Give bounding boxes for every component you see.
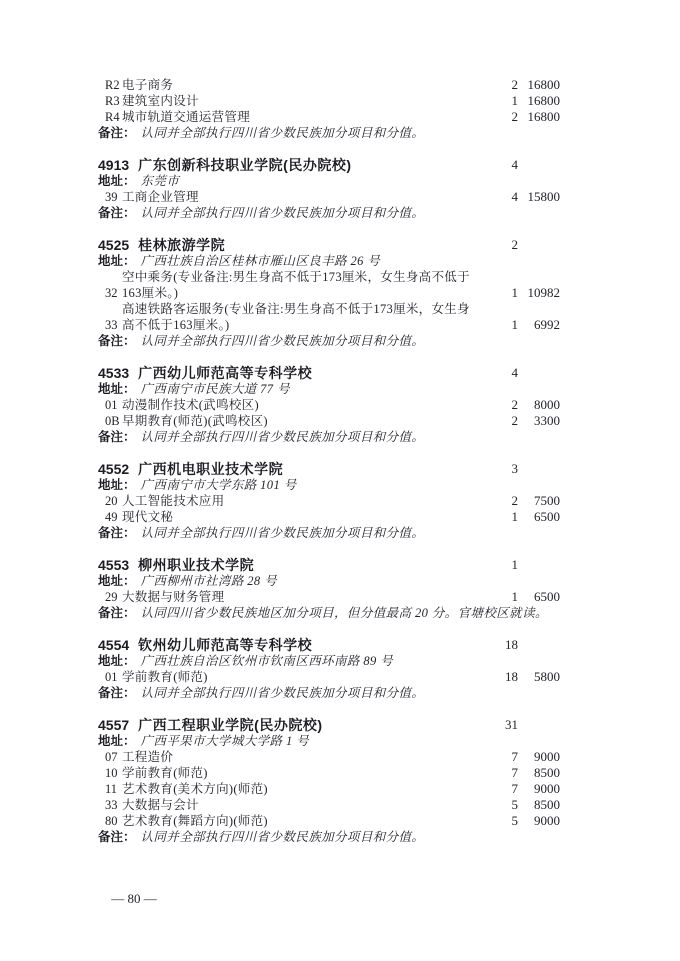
major-code: 01 [98, 397, 122, 413]
major-tuition-fee: 9000 [518, 813, 560, 829]
major-code: 20 [98, 493, 122, 509]
major-row: 39工商企业管理415800 [98, 189, 560, 205]
college-section: 4525桂林旅游学院2地址：广西壮族自治区桂林市雁山区良丰路 26 号32空中乘… [98, 237, 560, 349]
college-plan-total: 1 [478, 557, 518, 573]
note-line: 备注：认同并全部执行四川省少数民族加分项目和分值。 [98, 829, 560, 845]
major-code: R3 [98, 93, 122, 109]
college-name: 广东创新科技职业学院(民办院校) [138, 157, 478, 173]
major-plan-count: 18 [478, 669, 518, 685]
college-header: 4557广西工程职业学院(民办院校)31 [98, 717, 560, 733]
college-code: 4554 [98, 637, 129, 653]
major-name: 建筑室内设计 [122, 93, 478, 109]
college-section: 4553柳州职业技术学院1地址：广西柳州市社湾路 28 号29大数据与财务管理1… [98, 557, 560, 621]
note-value: 认同并全部执行四川省少数民族加分项目和分值。 [136, 429, 425, 445]
college-section: 4554钦州幼儿师范高等专科学校18地址：广西壮族自治区钦州市钦南区西环南路 8… [98, 637, 560, 701]
major-tuition-fee: 16800 [518, 93, 560, 109]
major-code: 33 [98, 797, 122, 813]
major-name: 早期教育(师范)(武鸣校区) [122, 413, 478, 429]
major-name: 高速铁路客运服务(专业备注:男生身高不低于173厘米，女生身高不低于163厘米。… [122, 301, 478, 333]
major-tuition-fee: 8500 [518, 797, 560, 813]
major-plan-count: 1 [478, 285, 518, 301]
major-code: R2 [98, 77, 122, 93]
major-row: R4城市轨道交通运营管理216800 [98, 109, 560, 125]
major-row: 33高速铁路客运服务(专业备注:男生身高不低于173厘米，女生身高不低于163厘… [98, 301, 560, 333]
major-tuition-fee: 8000 [518, 397, 560, 413]
address-value: 东莞市 [136, 173, 180, 189]
college-name: 柳州职业技术学院 [138, 557, 478, 573]
address-line: 地址：广西平果市大学城大学路 1 号 [98, 733, 560, 749]
address-label: 地址： [98, 573, 136, 589]
major-tuition-fee: 5800 [518, 669, 560, 685]
college-code: 4557 [98, 717, 129, 733]
major-tuition-fee: 16800 [518, 77, 560, 93]
major-name: 艺术教育(美术方向)(师范) [122, 781, 478, 797]
major-tuition-fee: 16800 [518, 109, 560, 125]
major-tuition-fee: 9000 [518, 749, 560, 765]
major-code: 80 [98, 813, 122, 829]
college-section: 4557广西工程职业学院(民办院校)31地址：广西平果市大学城大学路 1 号07… [98, 717, 560, 845]
note-value: 认同并全部执行四川省少数民族加分项目和分值。 [136, 333, 425, 349]
major-plan-count: 7 [478, 765, 518, 781]
major-name: 学前教育(师范) [122, 765, 478, 781]
major-tuition-fee: 15800 [518, 189, 560, 205]
note-label: 备注： [98, 125, 136, 141]
college-code: 4913 [98, 157, 129, 173]
note-label: 备注： [98, 205, 136, 221]
major-name: 大数据与会计 [122, 797, 478, 813]
college-plan-total: 4 [478, 157, 518, 173]
note-label: 备注： [98, 605, 136, 621]
major-plan-count: 7 [478, 781, 518, 797]
address-value: 广西壮族自治区钦州市钦南区西环南路 89 号 [136, 653, 394, 669]
major-tuition-fee: 7500 [518, 493, 560, 509]
college-plan-total: 3 [478, 461, 518, 477]
major-row: 0B早期教育(师范)(武鸣校区)23300 [98, 413, 560, 429]
major-plan-count: 7 [478, 749, 518, 765]
major-name: 人工智能技术应用 [122, 493, 478, 509]
note-line: 备注：认同并全部执行四川省少数民族加分项目和分值。 [98, 205, 560, 221]
major-code: 07 [98, 749, 122, 765]
major-tuition-fee: 3300 [518, 413, 560, 429]
major-row: 80艺术教育(舞蹈方向)(师范)59000 [98, 813, 560, 829]
major-plan-count: 4 [478, 189, 518, 205]
major-plan-count: 5 [478, 797, 518, 813]
address-line: 地址：广西壮族自治区桂林市雁山区良丰路 26 号 [98, 253, 560, 269]
college-section: R2电子商务216800R3建筑室内设计116800R4城市轨道交通运营管理21… [98, 77, 560, 141]
college-name: 桂林旅游学院 [138, 237, 478, 253]
address-line: 地址：广西南宁市民族大道 77 号 [98, 381, 560, 397]
major-tuition-fee: 6500 [518, 509, 560, 525]
note-value: 认同并全部执行四川省少数民族加分项目和分值。 [136, 205, 425, 221]
major-name: 电子商务 [122, 77, 478, 93]
major-plan-count: 1 [478, 93, 518, 109]
major-row: R2电子商务216800 [98, 77, 560, 93]
college-code: 4552 [98, 461, 129, 477]
major-name: 工程造价 [122, 749, 478, 765]
major-code: 29 [98, 589, 122, 605]
major-code: 32 [98, 285, 122, 301]
major-row: R3建筑室内设计116800 [98, 93, 560, 109]
college-list: R2电子商务216800R3建筑室内设计116800R4城市轨道交通运营管理21… [98, 77, 560, 845]
major-plan-count: 1 [478, 589, 518, 605]
college-plan-total: 18 [478, 637, 518, 653]
note-line: 备注：认同并全部执行四川省少数民族加分项目和分值。 [98, 525, 560, 541]
major-row: 10学前教育(师范)78500 [98, 765, 560, 781]
major-code: 01 [98, 669, 122, 685]
page-number: — 80 — [98, 891, 170, 907]
college-section: 4533广西幼儿师范高等专科学校4地址：广西南宁市民族大道 77 号01动漫制作… [98, 365, 560, 445]
address-label: 地址： [98, 733, 136, 749]
major-row: 07工程造价79000 [98, 749, 560, 765]
note-value: 认同并全部执行四川省少数民族加分项目和分值。 [136, 525, 425, 541]
note-value: 认同并全部执行四川省少数民族加分项目和分值。 [136, 125, 425, 141]
college-header: 4554钦州幼儿师范高等专科学校18 [98, 637, 560, 653]
address-value: 广西南宁市民族大道 77 号 [136, 381, 290, 397]
address-line: 地址：广西柳州市社湾路 28 号 [98, 573, 560, 589]
major-name: 动漫制作技术(武鸣校区) [122, 397, 478, 413]
major-tuition-fee: 10982 [518, 285, 560, 301]
address-label: 地址： [98, 653, 136, 669]
major-row: 01学前教育(师范)185800 [98, 669, 560, 685]
college-plan-total: 4 [478, 365, 518, 381]
note-line: 备注：认同并全部执行四川省少数民族加分项目和分值。 [98, 685, 560, 701]
note-label: 备注： [98, 333, 136, 349]
major-tuition-fee: 8500 [518, 765, 560, 781]
address-value: 广西南宁市大学东路 101 号 [136, 477, 297, 493]
note-line: 备注：认同并全部执行四川省少数民族加分项目和分值。 [98, 125, 560, 141]
college-header: 4913广东创新科技职业学院(民办院校)4 [98, 157, 560, 173]
college-plan-total: 31 [478, 717, 518, 733]
major-code: 11 [98, 781, 122, 797]
document-page: R2电子商务216800R3建筑室内设计116800R4城市轨道交通运营管理21… [0, 0, 680, 961]
address-line: 地址：东莞市 [98, 173, 560, 189]
major-plan-count: 2 [478, 397, 518, 413]
major-plan-count: 2 [478, 413, 518, 429]
major-row: 29大数据与财务管理16500 [98, 589, 560, 605]
major-tuition-fee: 6500 [518, 589, 560, 605]
major-plan-count: 2 [478, 493, 518, 509]
major-tuition-fee: 6992 [518, 317, 560, 333]
college-code: 4525 [98, 237, 129, 253]
major-name: 大数据与财务管理 [122, 589, 478, 605]
college-header: 4553柳州职业技术学院1 [98, 557, 560, 573]
major-code: 10 [98, 765, 122, 781]
address-value: 广西柳州市社湾路 28 号 [136, 573, 277, 589]
major-row: 01动漫制作技术(武鸣校区)28000 [98, 397, 560, 413]
note-label: 备注： [98, 525, 136, 541]
major-code: R4 [98, 109, 122, 125]
major-plan-count: 2 [478, 109, 518, 125]
college-header: 4525桂林旅游学院2 [98, 237, 560, 253]
major-code: 39 [98, 189, 122, 205]
college-name: 钦州幼儿师范高等专科学校 [138, 637, 478, 653]
address-value: 广西平果市大学城大学路 1 号 [136, 733, 310, 749]
address-label: 地址： [98, 477, 136, 493]
college-code: 4553 [98, 557, 129, 573]
note-value: 认同并全部执行四川省少数民族加分项目和分值。 [136, 685, 425, 701]
college-name: 广西幼儿师范高等专科学校 [138, 365, 478, 381]
major-plan-count: 5 [478, 813, 518, 829]
major-row: 20人工智能技术应用27500 [98, 493, 560, 509]
college-plan-total: 2 [478, 237, 518, 253]
college-code: 4533 [98, 365, 129, 381]
major-row: 33大数据与会计58500 [98, 797, 560, 813]
note-value: 认同四川省少数民族地区加分项目，但分值最高 20 分。官塘校区就读。 [136, 605, 548, 621]
address-label: 地址： [98, 381, 136, 397]
college-section: 4913广东创新科技职业学院(民办院校)4地址：东莞市39工商企业管理41580… [98, 157, 560, 221]
major-plan-count: 1 [478, 509, 518, 525]
major-code: 33 [98, 317, 122, 333]
college-name: 广西工程职业学院(民办院校) [138, 717, 478, 733]
college-header: 4533广西幼儿师范高等专科学校4 [98, 365, 560, 381]
major-row: 11艺术教育(美术方向)(师范)79000 [98, 781, 560, 797]
major-code: 0B [98, 413, 122, 429]
address-label: 地址： [98, 173, 136, 189]
note-line: 备注：认同并全部执行四川省少数民族加分项目和分值。 [98, 429, 560, 445]
major-plan-count: 1 [478, 317, 518, 333]
note-label: 备注： [98, 685, 136, 701]
major-code: 49 [98, 509, 122, 525]
address-label: 地址： [98, 253, 136, 269]
address-value: 广西壮族自治区桂林市雁山区良丰路 26 号 [136, 253, 381, 269]
note-line: 备注：认同四川省少数民族地区加分项目，但分值最高 20 分。官塘校区就读。 [98, 605, 560, 621]
note-value: 认同并全部执行四川省少数民族加分项目和分值。 [136, 829, 425, 845]
major-name: 艺术教育(舞蹈方向)(师范) [122, 813, 478, 829]
major-row: 49现代文秘16500 [98, 509, 560, 525]
major-name: 空中乘务(专业备注:男生身高不低于173厘米，女生身高不低于163厘米。) [122, 269, 478, 301]
college-name: 广西机电职业技术学院 [138, 461, 478, 477]
address-line: 地址：广西壮族自治区钦州市钦南区西环南路 89 号 [98, 653, 560, 669]
note-label: 备注： [98, 429, 136, 445]
major-row: 32空中乘务(专业备注:男生身高不低于173厘米，女生身高不低于163厘米。)1… [98, 269, 560, 301]
college-section: 4552广西机电职业技术学院3地址：广西南宁市大学东路 101 号20人工智能技… [98, 461, 560, 541]
major-name: 学前教育(师范) [122, 669, 478, 685]
note-label: 备注： [98, 829, 136, 845]
major-name: 工商企业管理 [122, 189, 478, 205]
major-name: 现代文秘 [122, 509, 478, 525]
college-header: 4552广西机电职业技术学院3 [98, 461, 560, 477]
major-plan-count: 2 [478, 77, 518, 93]
address-line: 地址：广西南宁市大学东路 101 号 [98, 477, 560, 493]
major-tuition-fee: 9000 [518, 781, 560, 797]
note-line: 备注：认同并全部执行四川省少数民族加分项目和分值。 [98, 333, 560, 349]
major-name: 城市轨道交通运营管理 [122, 109, 478, 125]
